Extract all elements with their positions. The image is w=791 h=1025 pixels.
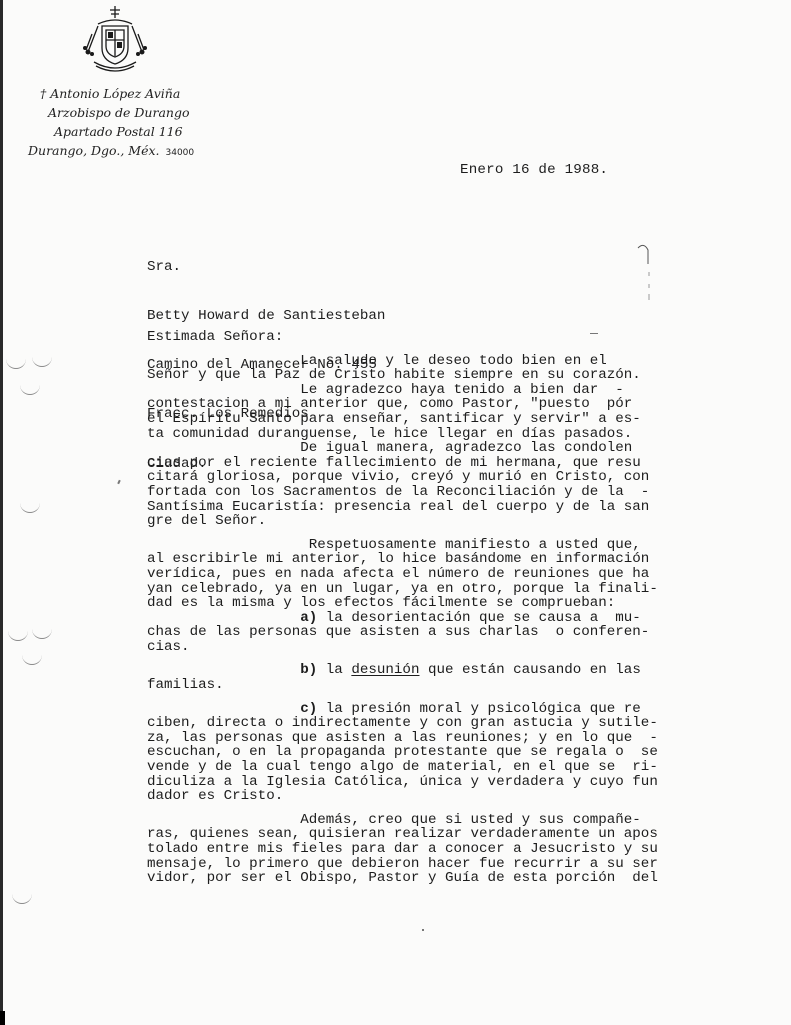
body-line: Santísima Eucaristía: presencia real del… (147, 500, 727, 515)
body-line: ras, quienes sean, quisieran realizar ve… (147, 827, 727, 842)
paragraph-apostolate: Además, creo que si usted y sus compañe-… (147, 813, 727, 886)
letterhead-city-text: Durango, Dgo., Méx. (28, 143, 160, 158)
item-text: la presión moral y psicológica que re (317, 701, 641, 717)
body-line: b) la desunión que están causando en las (147, 663, 727, 678)
scan-speck (422, 929, 424, 931)
binder-hole-mark (12, 893, 32, 904)
paragraph-condolences: De igual manera, agradezco las condolen … (147, 441, 727, 529)
paragraph-greeting: La saludo y le deseo todo bien en el Señ… (147, 354, 727, 383)
binder-hole-mark (22, 654, 42, 665)
body-line: vende y de la cual tengo algo de materia… (147, 760, 727, 775)
margin-bracket-mark (636, 244, 650, 304)
scan-speck (117, 480, 121, 484)
list-item-b: b) la desunión que están causando en las… (147, 663, 727, 692)
binder-hole-mark (8, 630, 28, 641)
body-line: al escribirle mi anterior, lo hice basán… (147, 552, 727, 567)
recipient-line: Sra. (147, 259, 385, 275)
letter-body: Estimada Señora: La saludo y le deseo to… (147, 330, 727, 886)
body-line: yan celebrado, ya en un lugar, ya en otr… (147, 582, 727, 597)
body-line: fortada con los Sacramentos de la Reconc… (147, 485, 727, 500)
body-line: el Espíritu Santo para enseñar, santific… (147, 412, 727, 427)
body-line: Además, creo que si usted y sus compañe- (147, 813, 727, 828)
body-line: cias por el reciente fallecimiento de mi… (147, 456, 727, 471)
paragraph-thanks: Le agradezco haya tenido a bien dar - co… (147, 383, 727, 441)
body-line: escuchan, o en la propaganda protestante… (147, 745, 727, 760)
binder-hole-mark (32, 356, 52, 367)
body-line: gre del Señor. (147, 514, 727, 529)
letterhead-city: Durango, Dgo., Méx.34000 (28, 141, 198, 163)
binder-hole-mark (32, 628, 52, 639)
body-line: ciben, directa o indirectamente y con gr… (147, 716, 727, 731)
letterhead: † Antonio López Aviña Arzobispo de Duran… (28, 84, 198, 163)
paragraph-statement: Respetuosamente manifiesto a usted que, … (147, 538, 727, 611)
scan-speck (590, 333, 598, 334)
letterhead-po-box: Apartado Postal 116 (28, 122, 198, 141)
body-line: chas de las personas que asisten a sus c… (147, 625, 727, 640)
body-line: familias. (147, 678, 727, 693)
body-line: Señor y que la Paz de Cristo habite siem… (147, 368, 727, 383)
letter-date: Enero 16 de 1988. (460, 162, 608, 178)
letterhead-zip: 34000 (166, 148, 195, 158)
body-line: c) la presión moral y psicológica que re (147, 702, 727, 717)
body-line: ta comunidad duranguense, le hice llegar… (147, 427, 727, 442)
item-text: la (317, 662, 351, 678)
recipient-line: Betty Howard de Santiesteban (147, 308, 385, 324)
body-line: Le agradezco haya tenido a bien dar - (147, 383, 727, 398)
body-line: contestacion a mi anterior que, como Pas… (147, 397, 727, 412)
letterhead-title: Arzobispo de Durango (28, 103, 198, 122)
body-line: De igual manera, agradezco las condolen (147, 441, 727, 456)
body-line: vidor, por ser el Obispo, Pastor y Guía … (147, 871, 727, 886)
body-line: dad es la misma y los efectos fácilmente… (147, 596, 727, 611)
item-label: a) (300, 610, 317, 626)
salutation: Estimada Señora: (147, 330, 727, 345)
letterhead-name: † Antonio López Aviña (28, 84, 198, 103)
body-line: Respetuosamente manifiesto a usted que, (147, 538, 727, 553)
body-line: citará gloriosa, porque vivio, creyó y m… (147, 470, 727, 485)
item-label: c) (300, 701, 317, 717)
list-item-c: c) la presión moral y psicológica que re… (147, 702, 727, 804)
item-text: la desorientación que se causa a mu- (317, 610, 641, 626)
binder-hole-mark (20, 384, 40, 395)
body-line: tolado entre mis fieles para dar a conoc… (147, 842, 727, 857)
item-text: que están causando en las (419, 662, 640, 678)
binder-hole-mark (6, 358, 26, 369)
body-line: za, las personas que asisten a las reuni… (147, 731, 727, 746)
body-line: a) la desorientación que se causa a mu- (147, 611, 727, 626)
coat-of-arms-icon (76, 4, 154, 76)
list-item-a: a) la desorientación que se causa a mu- … (147, 611, 727, 655)
scan-left-edge (0, 0, 3, 1025)
body-line: cias. (147, 640, 727, 655)
item-label: b) (300, 662, 317, 678)
body-line: mensaje, lo primero que debieron hacer f… (147, 857, 727, 872)
underlined-word: desunión (351, 662, 419, 678)
body-line: diculiza a la Iglesia Católica, única y … (147, 775, 727, 790)
scan-corner-mark (0, 1011, 5, 1025)
body-line: verídica, pues en nada afecta el número … (147, 567, 727, 582)
body-line: La saludo y le deseo todo bien en el (147, 354, 727, 369)
binder-hole-mark (20, 502, 40, 513)
body-line: dador es Cristo. (147, 789, 727, 804)
